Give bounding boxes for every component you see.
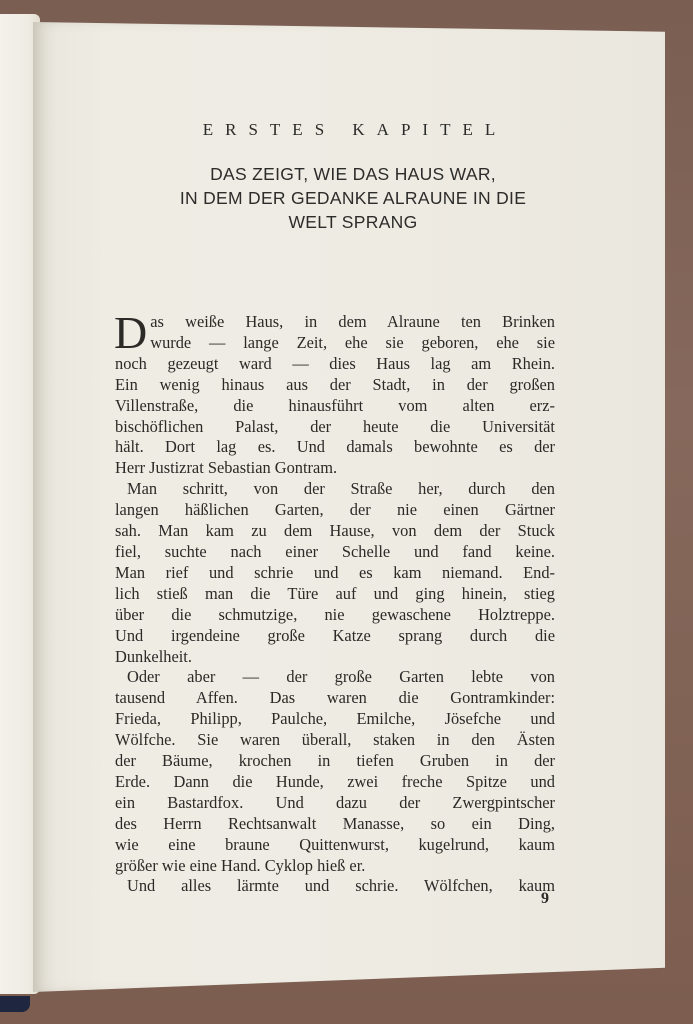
text-line: sah. Man kam zu dem Hause, von dem der S… xyxy=(115,521,555,542)
text-line: Ein wenig hinaus aus der Stadt, in der g… xyxy=(115,375,555,396)
text-line: fiel, suchte nach einer Schelle und fand… xyxy=(115,542,555,563)
text-line: Und irgendeine große Katze sprang durch … xyxy=(115,626,555,647)
text-line: Herr Justizrat Sebastian Gontram. xyxy=(115,458,555,479)
text-line: langen häßlichen Garten, der nie einen G… xyxy=(115,500,555,521)
book-cover-edge xyxy=(0,996,30,1012)
body-text: D as weiße Haus, in dem Alraune ten Brin… xyxy=(115,312,555,897)
chapter-title-line: DAS ZEIGT, WIE DAS HAUS WAR, xyxy=(103,162,603,186)
text-line: Wölfche. Sie waren überall, staken in de… xyxy=(115,730,555,751)
text-line: des Herrn Rechtsanwalt Manasse, so ein D… xyxy=(115,814,555,835)
text-line: Man schritt, von der Straße her, durch d… xyxy=(115,479,555,500)
text-line: Oder aber — der große Garten lebte von xyxy=(115,667,555,688)
text-line: über die schmutzige, nie gewaschene Holz… xyxy=(115,605,555,626)
text-line: Erde. Dann die Hunde, zwei freche Spitze… xyxy=(115,772,555,793)
text-line: größer wie eine Hand. Cyklop hieß er. xyxy=(115,856,555,877)
text-line: ein Bastardfox. Und dazu der Zwergpintsc… xyxy=(115,793,555,814)
paragraph: Oder aber — der große Garten lebte von t… xyxy=(115,667,555,876)
text-line: Dunkelheit. xyxy=(115,647,555,668)
chapter-title: DAS ZEIGT, WIE DAS HAUS WAR, IN DEM DER … xyxy=(103,162,603,234)
text-line: Frieda, Philipp, Paulche, Emilche, Jösef… xyxy=(115,709,555,730)
text-line: hält. Dort lag es. Und damals bewohnte e… xyxy=(115,437,555,458)
text-line: as weiße Haus, in dem Alraune ten Brinke… xyxy=(115,312,555,333)
book-page: ERSTES KAPITEL DAS ZEIGT, WIE DAS HAUS W… xyxy=(33,22,665,992)
page-number: 9 xyxy=(541,890,549,908)
text-line: Villenstraße, die hinausführt vom alten … xyxy=(115,396,555,417)
chapter-title-line: IN DEM DER GEDANKE ALRAUNE IN DIE xyxy=(103,186,603,210)
chapter-title-line: WELT SPRANG xyxy=(103,210,603,234)
text-line: der Bäume, krochen in tiefen Gruben in d… xyxy=(115,751,555,772)
text-line: Man rief und schrie und es kam niemand. … xyxy=(115,563,555,584)
text-line: noch gezeugt ward — dies Haus lag am Rhe… xyxy=(115,354,555,375)
text-line: wie eine braune Quittenwurst, kugelrund,… xyxy=(115,835,555,856)
paragraph: Man schritt, von der Straße her, durch d… xyxy=(115,479,555,667)
text-line: wurde — lange Zeit, ehe sie geboren, ehe… xyxy=(115,333,555,354)
chapter-label: ERSTES KAPITEL xyxy=(33,120,665,140)
text-line: tausend Affen. Das waren die Gontramkind… xyxy=(115,688,555,709)
text-line: Und alles lärmte und schrie. Wölfchen, k… xyxy=(115,876,555,897)
paragraph: D as weiße Haus, in dem Alraune ten Brin… xyxy=(115,312,555,479)
paragraph: Und alles lärmte und schrie. Wölfchen, k… xyxy=(115,876,555,897)
text-line: lich stieß man die Türe auf und ging hin… xyxy=(115,584,555,605)
text-line: bischöflichen Palast, der heute die Univ… xyxy=(115,417,555,438)
drop-cap: D xyxy=(114,314,147,352)
